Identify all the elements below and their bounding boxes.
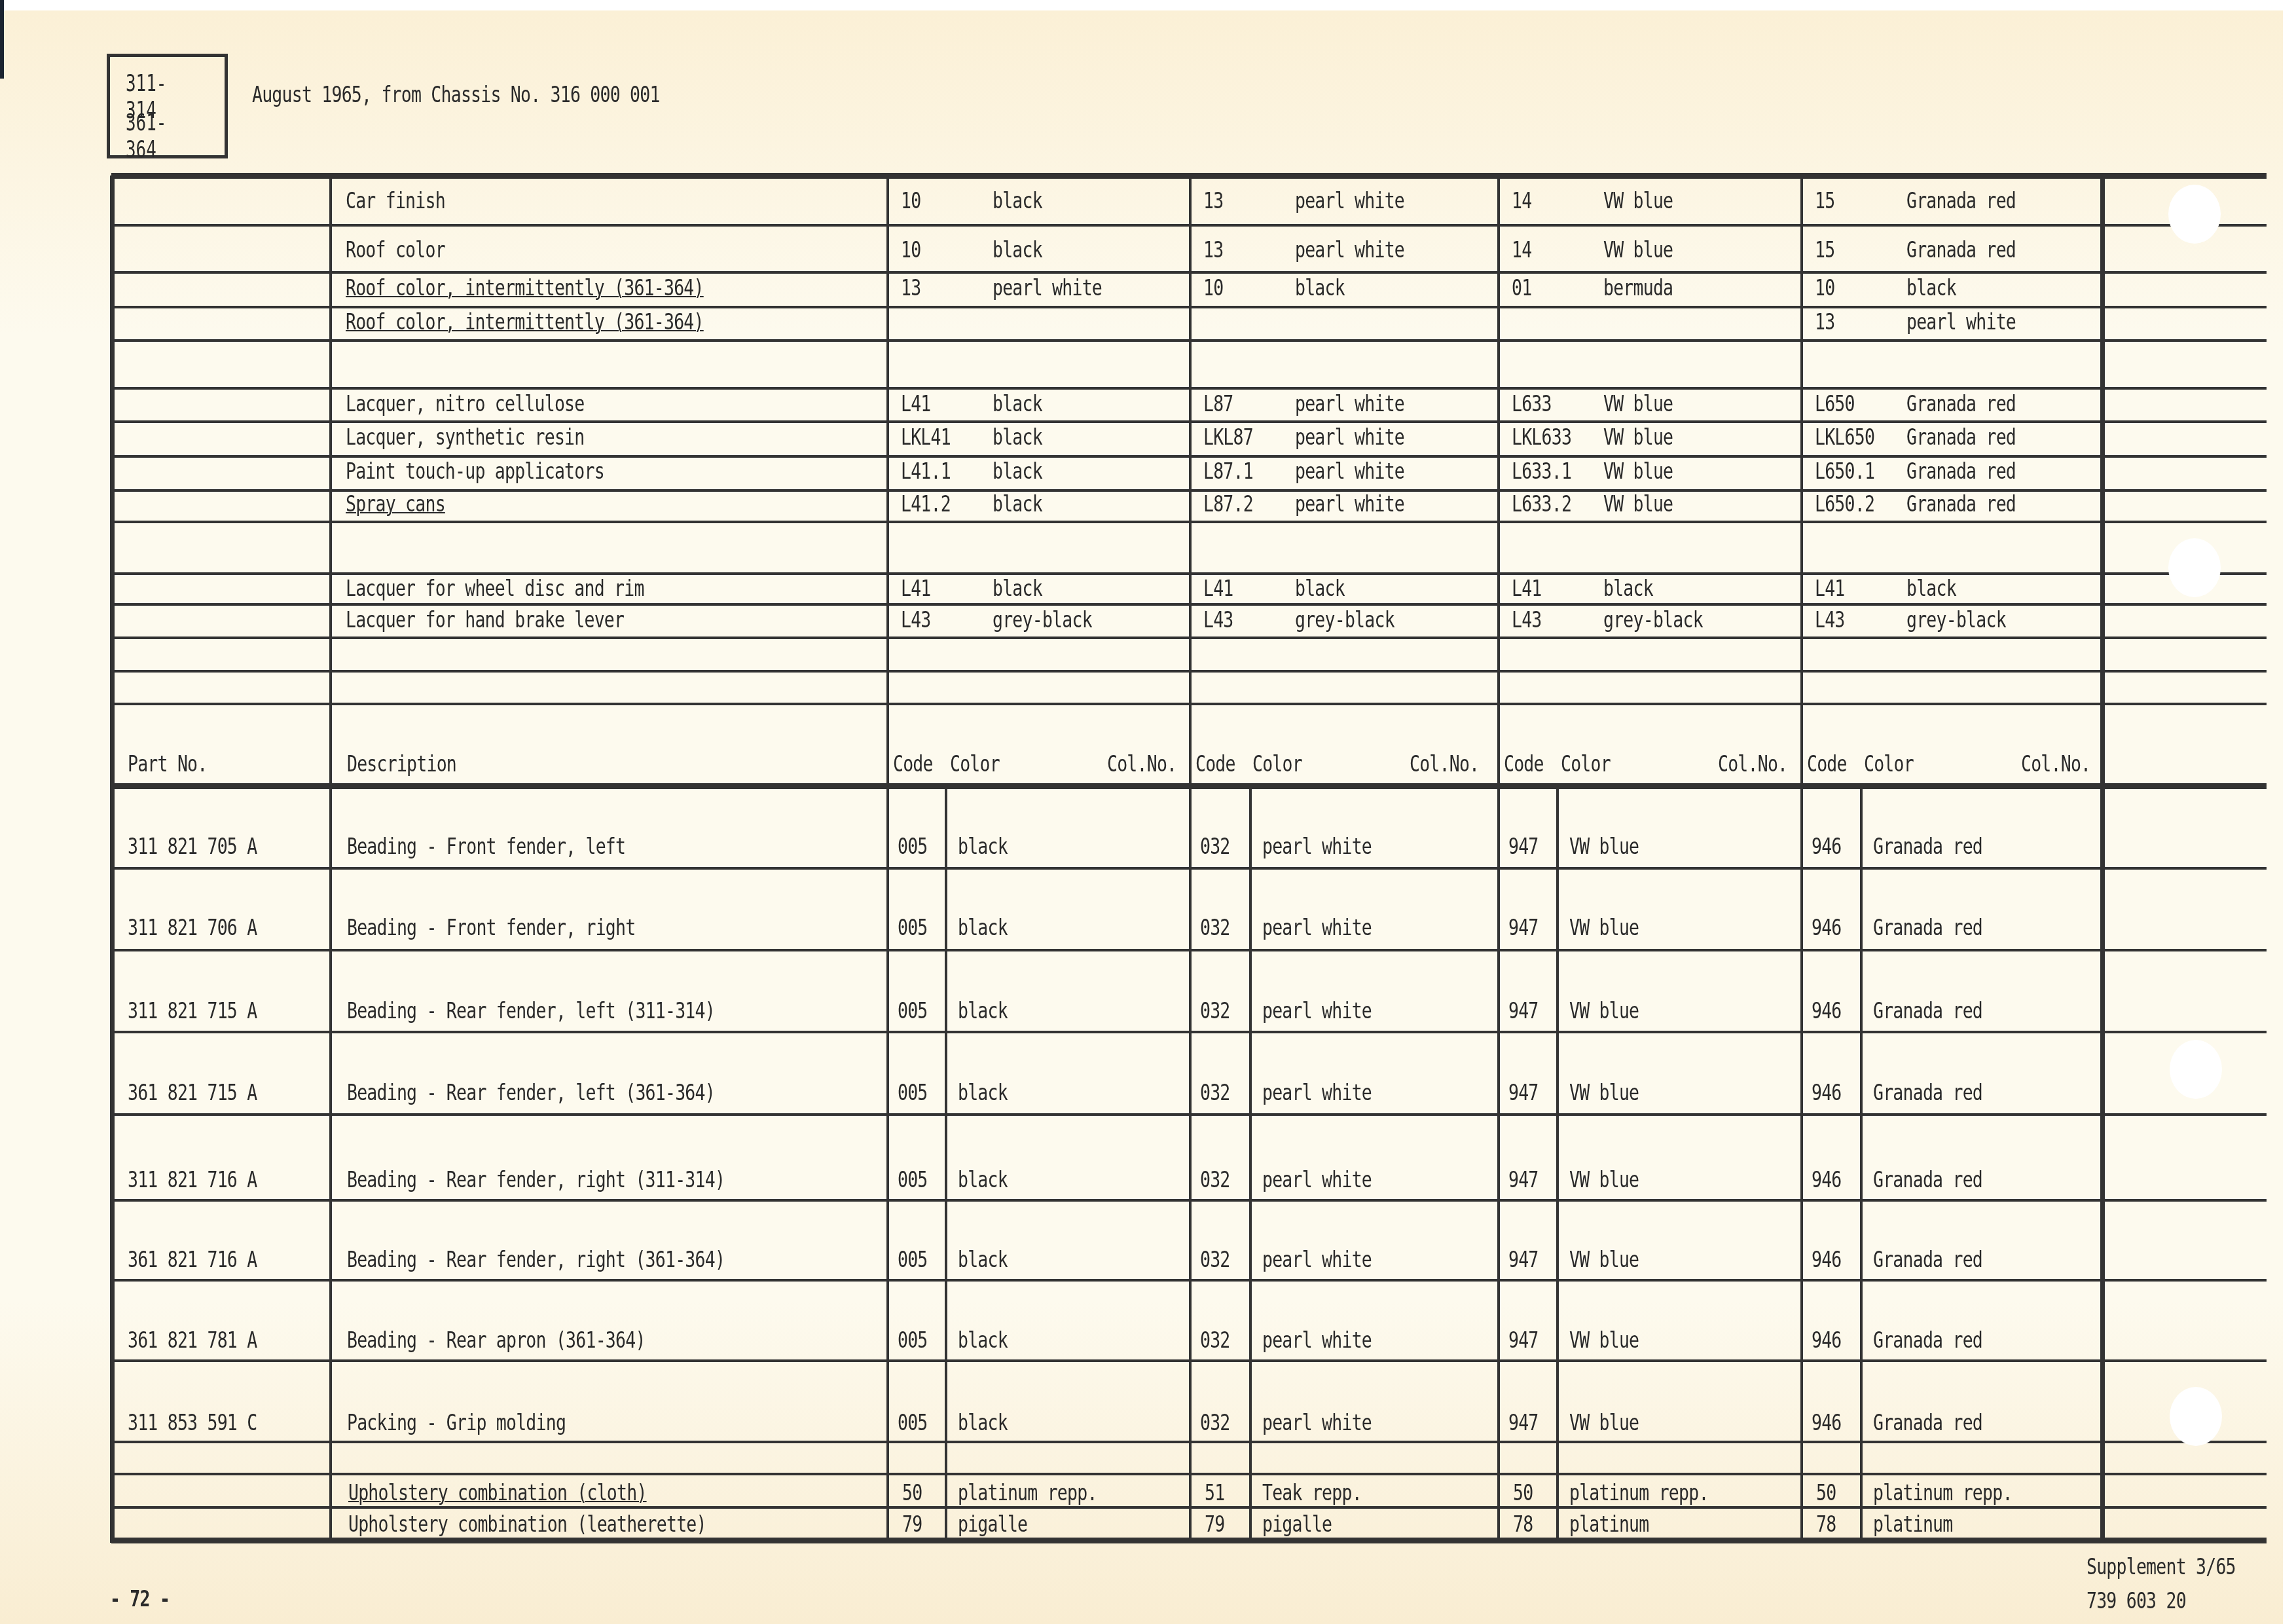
lacquer-color: black [993,393,1042,415]
upholstery-code: 50 [1816,1482,1836,1504]
lacquer-code: L650.1 [1815,460,1874,483]
color-no: 032 [1200,1169,1230,1191]
col-no-header: Col.No. [1718,753,1787,775]
color-no: 947 [1508,1412,1539,1434]
color-no: 946 [1812,1249,1842,1271]
color-name: Granada red [1873,1329,1982,1352]
part-number: 311 821 715 A [128,1000,257,1022]
color-name: pearl white [1262,1329,1372,1352]
table-column-line [1556,786,1559,1540]
color-name: Granada red [1873,1169,1982,1191]
lacquer-color: VW blue [1603,460,1673,483]
color-no: 946 [1812,1329,1842,1352]
color-name: VW blue [1569,1082,1639,1104]
part-description: Beading - Rear fender, right (361-364) [347,1249,725,1271]
color-name: VW blue [1569,1000,1639,1022]
scan-edge [0,0,4,79]
part-description: Beading - Front fender, left [347,836,625,858]
color-name: VW blue [1569,1412,1639,1434]
lacquer-color: Granada red [1906,493,2016,515]
part-no-header: Part No. [128,753,207,775]
color-code: 13 [901,277,920,299]
upholstery-code: 79 [1205,1513,1224,1536]
color-no: 947 [1508,1329,1539,1352]
color-no: 946 [1812,836,1842,858]
upholstery-code: 79 [902,1513,922,1536]
upholstery-name: pigalle [958,1513,1027,1536]
part-description: Beading - Rear fender, left (361-364) [347,1082,715,1104]
lacquer-color: pearl white [1295,493,1404,515]
lacquer-color: pearl white [1295,426,1404,449]
color-no: 032 [1200,1082,1230,1104]
color-no: 032 [1200,1412,1230,1434]
finish-row-label: Roof color, intermittently (361-364) [346,311,704,333]
upholstery-code: 50 [902,1482,922,1504]
model-range-box: 311-314 361-364 [107,54,228,158]
upholstery-label: Upholstery combination (cloth) [348,1482,647,1504]
table-column-line [1497,175,1500,1543]
lacquer-code: L41 [901,393,931,415]
color-no: 947 [1508,1082,1539,1104]
part-description: Beading - Rear apron (361-364) [347,1329,646,1352]
description-header: Description [347,753,456,775]
color-no: 032 [1200,1000,1230,1022]
table-column-line [886,175,889,1543]
color-name: Granada red [1873,1249,1982,1271]
color-name: pearl white [1295,239,1404,261]
color-code: 13 [1203,190,1223,212]
lacquer-color: black [993,460,1042,483]
color-code: 10 [901,190,920,212]
color-no: 947 [1508,836,1539,858]
lacquer-code: LKL650 [1815,426,1874,449]
finish-row-label: Car finish [346,190,445,212]
lacquer-color: black [993,578,1042,600]
part-number: 361 821 781 A [128,1329,257,1352]
color-no: 946 [1812,1082,1842,1104]
lacquer-code: L41 [1203,578,1233,600]
lacquer-color: pearl white [1295,460,1404,483]
color-no: 946 [1812,1169,1842,1191]
lacquer-color: Granada red [1906,393,2016,415]
lacquer-row-label: Spray cans [346,493,445,515]
finish-row-label: Roof color [346,239,445,261]
color-header: Color [1252,753,1302,775]
color-name: VW blue [1569,836,1639,858]
table-column-line [329,175,332,1543]
part-number: 361 821 716 A [128,1249,257,1271]
upholstery-name: Teak repp. [1262,1482,1362,1504]
lacquer-color: black [1295,578,1345,600]
color-code: 10 [1203,277,1223,299]
wheel-lacquer-label: Lacquer for hand brake lever [346,609,624,631]
lacquer-color: grey-black [1603,609,1703,631]
color-name: black [958,1249,1008,1271]
part-number: 361 821 715 A [128,1082,257,1104]
color-name: Granada red [1873,1412,1982,1434]
color-name: pearl white [1262,1249,1372,1271]
lacquer-code: L41.1 [901,460,951,483]
lacquer-code: L87 [1203,393,1233,415]
part-number: 311 821 706 A [128,917,257,939]
col-no-header: Col.No. [2021,753,2090,775]
color-no: 005 [898,1249,928,1271]
lacquer-color: VW blue [1603,393,1673,415]
finish-row-label: Roof color, intermittently (361-364) [346,277,704,299]
color-header: Color [950,753,1000,775]
lacquer-row-label: Lacquer, synthetic resin [346,426,584,449]
binder-hole [2170,1040,2222,1099]
upholstery-name: platinum [1873,1513,1952,1536]
upholstery-name: platinum repp. [1873,1482,2013,1504]
color-no: 032 [1200,1329,1230,1352]
supplement-label: Supplement 3/65 [2086,1556,2236,1578]
upholstery-code: 50 [1513,1482,1533,1504]
color-name: black [958,1329,1008,1352]
upholstery-name: platinum repp. [958,1482,1097,1504]
color-name: black [1295,277,1345,299]
color-code: 13 [1203,239,1223,261]
upholstery-code: 78 [1816,1513,1836,1536]
color-no: 947 [1508,917,1539,939]
page-title: August 1965, from Chassis No. 316 000 00… [252,84,660,106]
part-description: Beading - Rear fender, right (311-314) [347,1169,725,1191]
lacquer-code: L41 [1815,578,1845,600]
color-no: 946 [1812,1412,1842,1434]
lacquer-code: L633.1 [1512,460,1571,483]
lacquer-color: black [1603,578,1653,600]
lacquer-color: Granada red [1906,460,2016,483]
lacquer-color: grey-black [993,609,1092,631]
code-header: Code [1195,753,1235,775]
color-name: pearl white [1262,1000,1372,1022]
lacquer-code: L41.2 [901,493,951,515]
table-column-line [1860,786,1863,1540]
color-code: 01 [1512,277,1531,299]
color-no: 946 [1812,917,1842,939]
color-name: pearl white [1262,1082,1372,1104]
color-name: black [1906,277,1956,299]
color-name: VW blue [1569,1169,1639,1191]
binder-hole [2168,185,2221,244]
part-number: 311 853 591 C [128,1412,257,1434]
table-column-line [2100,175,2105,1543]
lacquer-code: L43 [901,609,931,631]
upholstery-code: 51 [1205,1482,1224,1504]
color-no: 005 [898,836,928,858]
upholstery-name: pigalle [1262,1513,1332,1536]
color-no: 032 [1200,836,1230,858]
lacquer-row-label: Lacquer, nitro cellulose [346,393,584,415]
lacquer-color: black [993,493,1042,515]
color-name: VW blue [1603,190,1673,212]
lacquer-code: L87.1 [1203,460,1253,483]
color-name: bermuda [1603,277,1673,299]
color-code: 14 [1512,239,1531,261]
upholstery-code: 78 [1513,1513,1533,1536]
lacquer-color: Granada red [1906,426,2016,449]
lacquer-color: VW blue [1603,426,1673,449]
color-name: black [993,190,1042,212]
lacquer-code: L41 [901,578,931,600]
code-header: Code [1807,753,1847,775]
color-no: 005 [898,1000,928,1022]
lacquer-code: L43 [1815,609,1845,631]
color-no: 005 [898,1082,928,1104]
color-no: 947 [1508,1000,1539,1022]
upholstery-label: Upholstery combination (leatherette) [348,1513,706,1536]
part-number: 311 821 716 A [128,1169,257,1191]
color-name: pearl white [993,277,1102,299]
part-description: Beading - Front fender, right [347,917,635,939]
upholstery-name: platinum repp. [1569,1482,1709,1504]
color-no: 005 [898,1169,928,1191]
color-name: black [958,1412,1008,1434]
document-number: 739 603 20 [2086,1590,2186,1612]
color-no: 947 [1508,1169,1539,1191]
lacquer-code: L633 [1512,393,1552,415]
color-name: Granada red [1906,190,2016,212]
col-no-header: Col.No. [1410,753,1479,775]
color-name: pearl white [1262,917,1372,939]
color-no: 005 [898,917,928,939]
lacquer-code: L650 [1815,393,1855,415]
color-name: VW blue [1569,1329,1639,1352]
color-name: Granada red [1873,1082,1982,1104]
color-name: black [958,1169,1008,1191]
wheel-lacquer-label: Lacquer for wheel disc and rim [346,578,644,600]
lacquer-color: grey-black [1906,609,2006,631]
color-name: VW blue [1603,239,1673,261]
table-column-line [1800,175,1803,1543]
lacquer-code: LKL633 [1512,426,1571,449]
binder-hole [2168,538,2221,597]
color-code: 13 [1815,311,1834,333]
table-column-line [110,175,115,1543]
lacquer-code: L41 [1512,578,1542,600]
color-code: 15 [1815,239,1834,261]
code-header: Code [1504,753,1544,775]
lacquer-code: L87.2 [1203,493,1253,515]
lacquer-color: VW blue [1603,493,1673,515]
col-no-header: Col.No. [1107,753,1176,775]
color-name: VW blue [1569,917,1639,939]
color-name: Granada red [1906,239,2016,261]
color-name: black [958,917,1008,939]
color-name: pearl white [1262,1412,1372,1434]
page-number: - 72 - [110,1588,170,1610]
binder-hole [2170,1387,2222,1446]
lacquer-code: L633.2 [1512,493,1571,515]
color-name: pearl white [1295,190,1404,212]
color-code: 15 [1815,190,1834,212]
color-code: 14 [1512,190,1531,212]
code-header: Code [893,753,933,775]
color-name: black [958,1082,1008,1104]
color-name: black [993,239,1042,261]
color-code: 10 [1815,277,1834,299]
color-name: Granada red [1873,1000,1982,1022]
color-no: 005 [898,1329,928,1352]
color-name: black [958,1000,1008,1022]
table-column-line [1189,175,1192,1543]
color-no: 032 [1200,1249,1230,1271]
part-description: Packing - Grip molding [347,1412,566,1434]
color-name: Granada red [1873,836,1982,858]
color-name: pearl white [1262,836,1372,858]
color-name: black [958,836,1008,858]
lacquer-row-label: Paint touch-up applicators [346,460,604,483]
color-header: Color [1864,753,1914,775]
lacquer-code: L43 [1203,609,1233,631]
part-number: 311 821 705 A [128,836,257,858]
lacquer-color: pearl white [1295,393,1404,415]
color-no: 946 [1812,1000,1842,1022]
color-code: 10 [901,239,920,261]
model-range-2: 361-364 [126,109,197,163]
color-name: pearl white [1906,311,2016,333]
color-no: 947 [1508,1249,1539,1271]
upholstery-name: platinum [1569,1513,1649,1536]
lacquer-code: L650.2 [1815,493,1874,515]
color-name: pearl white [1262,1169,1372,1191]
color-no: 005 [898,1412,928,1434]
lacquer-code: LKL87 [1203,426,1253,449]
color-name: Granada red [1873,917,1982,939]
color-header: Color [1561,753,1611,775]
color-no: 032 [1200,917,1230,939]
part-description: Beading - Rear fender, left (311-314) [347,1000,715,1022]
table-column-line [945,786,947,1540]
lacquer-code: LKL41 [901,426,951,449]
lacquer-color: black [1906,578,1956,600]
lacquer-color: black [993,426,1042,449]
color-name: VW blue [1569,1249,1639,1271]
lacquer-color: grey-black [1295,609,1394,631]
lacquer-code: L43 [1512,609,1542,631]
table-column-line [1249,786,1252,1540]
